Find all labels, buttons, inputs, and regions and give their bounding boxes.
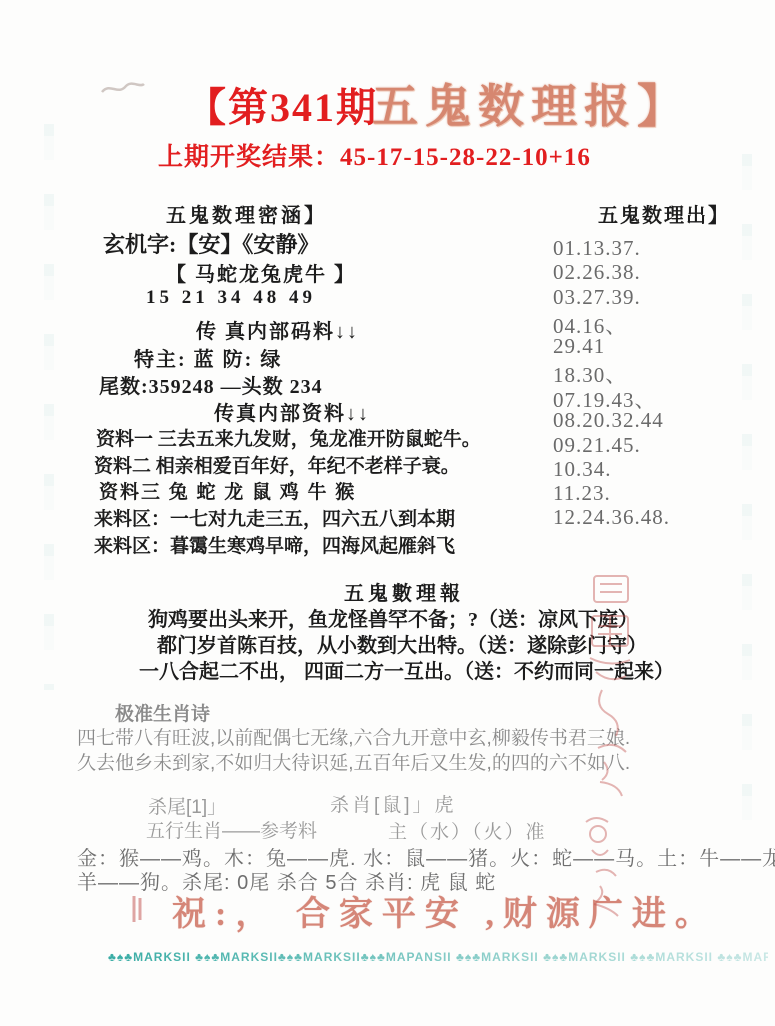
newspaper-page: 【第341期 五鬼数理报】 上期开奖结果：45-17-15-28-22-10+1… bbox=[0, 0, 775, 1026]
fax-info-header: 传真内部资料↓↓ bbox=[214, 397, 370, 426]
five-elements-label: 五行生肖——参考料 bbox=[146, 816, 317, 843]
info-line-4: 来料区：一七对九走三五，四六五八到本期 bbox=[94, 504, 455, 531]
number-row-1: 01.13.37. bbox=[553, 236, 641, 261]
footer-watermark: ♣♠♣MARKSII ♣♠♣MARKSII♣♠♣MARKSII♣♠♣MAPANS… bbox=[108, 950, 768, 964]
right-panel-header: 五鬼数理出】 bbox=[598, 199, 730, 228]
number-row-12: 12.24.36.48. bbox=[553, 505, 670, 530]
number-row-9: 09.21.45. bbox=[553, 433, 641, 458]
info-line-3: 资料三 兔 蛇 龙 鼠 鸡 牛 猴 bbox=[99, 477, 356, 504]
kill-zodiac-label: 杀肖[鼠]」虎 bbox=[330, 790, 457, 817]
previous-draw-numbers: 45-17-15-28-22-10+16 bbox=[340, 144, 591, 171]
left-scan-artifact-strip bbox=[44, 90, 54, 690]
left-panel-header: 五鬼数理密涵】 bbox=[166, 199, 327, 228]
report-title: 五鬼數理報 bbox=[344, 577, 464, 606]
fax-code-header: 传 真内部码料↓↓ bbox=[196, 315, 359, 344]
report-line-1: 狗鸡要出头来开，鱼龙怪兽罕不备；?（送：凉风下庭） bbox=[148, 603, 638, 632]
info-line-2: 资料二 相亲相爱百年好，年纪不老样子衰。 bbox=[94, 451, 460, 478]
lucky-numbers-line: 15 21 34 48 49 bbox=[146, 287, 316, 309]
number-row-8: 08.20.32.44 bbox=[553, 408, 664, 433]
zodiac-poem-title: 极准生肖诗 bbox=[115, 699, 210, 726]
pen-scribble-mark bbox=[100, 76, 146, 102]
kill-tail-label: 杀尾[1]」 bbox=[148, 792, 226, 819]
number-row-10: 10.34. bbox=[553, 457, 612, 482]
red-mark-small bbox=[130, 894, 148, 924]
tail-head-line: 尾数:359248 —头数 234 bbox=[99, 370, 323, 399]
special-main-line: 特主: 蓝 防: 绿 bbox=[134, 343, 282, 372]
number-row-3: 03.27.39. bbox=[553, 285, 641, 310]
paper-title: 五鬼数理报】 bbox=[372, 70, 690, 136]
mystery-word-line: 玄机字:【安】《安静》 bbox=[103, 228, 319, 259]
zodiac-poem-line-2: 久去他乡未到家,不如归大待识延,五百年后又生发,的四的六不如八. bbox=[77, 748, 630, 775]
number-row-11: 11.23. bbox=[553, 481, 611, 506]
issue-number: 【第341期 bbox=[186, 76, 378, 133]
red-seal-stamp bbox=[572, 572, 652, 922]
zodiac-bracket-line: 【 马蛇龙兔虎牛 】 bbox=[166, 258, 356, 287]
number-row-5: 29.41 bbox=[553, 334, 605, 359]
zodiac-poem-line-1: 四七带八有旺波,以前配偶七无缘,六合九开意中玄,柳毅传书君三娘. bbox=[77, 723, 630, 750]
previous-draw-result: 上期开奖结果：45-17-15-28-22-10+16 bbox=[158, 137, 591, 173]
previous-draw-label: 上期开奖结果： bbox=[158, 144, 340, 171]
right-scan-artifact-strip bbox=[742, 120, 752, 820]
info-line-5: 来料区：暮霭生寒鸡早啼，四海风起雁斜飞 bbox=[94, 531, 455, 558]
main-water-fire-label: 主（水）（火）准 bbox=[388, 817, 547, 844]
number-row-2: 02.26.38. bbox=[553, 260, 641, 285]
info-line-1: 资料一 三去五来九发财，兔龙准开防鼠蛇牛。 bbox=[96, 424, 481, 451]
